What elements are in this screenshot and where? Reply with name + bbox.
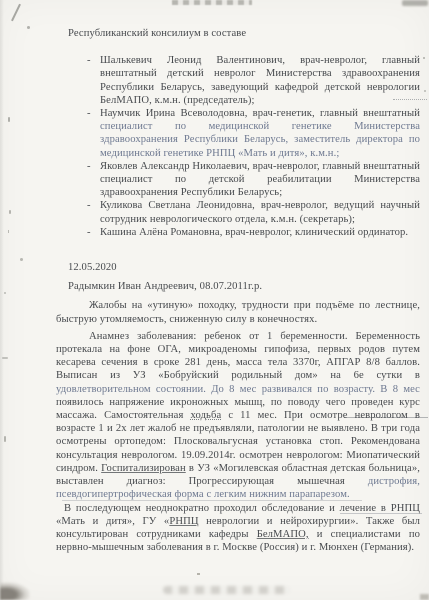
followup-text-underlined: БелМАПО, bbox=[257, 529, 309, 540]
council-member: -Яковлев Александр Николаевич, врач-невр… bbox=[100, 160, 420, 200]
council-member: -Наумчик Ирина Всеволодовна, врач-генети… bbox=[100, 107, 420, 160]
council-members-list: -Шалькевич Леонид Валентинович, врач-нев… bbox=[56, 54, 420, 239]
patient-name-dob: Радымкин Иван Андреевич, 08.07.2011г.р. bbox=[68, 280, 420, 293]
bullet-dash: - bbox=[87, 226, 91, 239]
scan-mark-bottom-right bbox=[420, 594, 429, 600]
anamnesis-text-dotted-underline: ходьба bbox=[190, 410, 221, 421]
consilium-date: 12.05.2020 bbox=[68, 261, 420, 274]
bullet-dash: - bbox=[87, 199, 91, 212]
council-member: -Шалькевич Леонид Валентинович, врач-нев… bbox=[100, 54, 420, 107]
scan-blotch-bottom-left bbox=[0, 582, 30, 600]
council-member: -Куликова Светлана Леонидовна, врач-невр… bbox=[100, 199, 420, 225]
margin-mark bbox=[2, 357, 8, 359]
margin-mark bbox=[8, 117, 10, 122]
margin-mark bbox=[20, 258, 23, 261]
scan-smudge-bottom-center bbox=[163, 586, 291, 594]
margin-mark bbox=[4, 436, 6, 442]
scan-speck bbox=[424, 90, 426, 92]
bullet-dash: - bbox=[87, 160, 91, 173]
margin-mark bbox=[4, 292, 6, 294]
anamnesis-text-underlined: Госпитализирован bbox=[101, 463, 186, 474]
bullet-dash: - bbox=[87, 54, 91, 67]
member-text: Яковлев Александр Николаевич, врач-невро… bbox=[100, 161, 420, 198]
member-text: Шалькевич Леонид Валентинович, врач-невр… bbox=[100, 55, 420, 106]
anamnesis-text-faded: удовлетворительном состоянии. До 8 мес р… bbox=[56, 384, 420, 395]
scan-speck bbox=[197, 573, 200, 575]
pen-slash-mark bbox=[11, 4, 21, 22]
scan-speck bbox=[423, 57, 425, 59]
member-text: Кашина Алёна Романовна, врач-невролог, к… bbox=[100, 227, 408, 238]
margin-mark bbox=[8, 230, 9, 233]
margin-mark bbox=[9, 210, 11, 214]
member-text: Куликова Светлана Леонидовна, врач-невро… bbox=[100, 200, 420, 224]
member-text: Наумчик Ирина Всеволодовна, врач-генетик… bbox=[100, 108, 420, 119]
scan-smudge-top-center bbox=[172, 0, 252, 5]
member-text-faded: специалист по медицинской генетике Минис… bbox=[100, 121, 420, 158]
anamnesis-text: Анамнез заболевания: ребенок от 1 береме… bbox=[56, 331, 420, 382]
complaints-paragraph: Жалобы на «утиную» походку, трудности пр… bbox=[56, 299, 420, 325]
document-content: Республиканский консилиум в составе -Шал… bbox=[56, 27, 420, 554]
followup-text-underlined: РНПЦ bbox=[169, 516, 198, 527]
council-member: -Кашина Алёна Романовна, врач-невролог, … bbox=[100, 226, 420, 239]
bullet-dash: - bbox=[87, 107, 91, 120]
document-heading: Республиканский консилиум в составе bbox=[68, 27, 420, 40]
followup-paragraph: В последующем неоднократно проходил обсл… bbox=[56, 502, 420, 555]
anamnesis-paragraph: Анамнез заболевания: ребенок от 1 береме… bbox=[56, 330, 420, 502]
scan-smudge-top-right bbox=[402, 0, 428, 6]
scanned-document-page: Республиканский консилиум в составе -Шал… bbox=[0, 0, 429, 600]
ink-dot-mark bbox=[27, 26, 30, 29]
